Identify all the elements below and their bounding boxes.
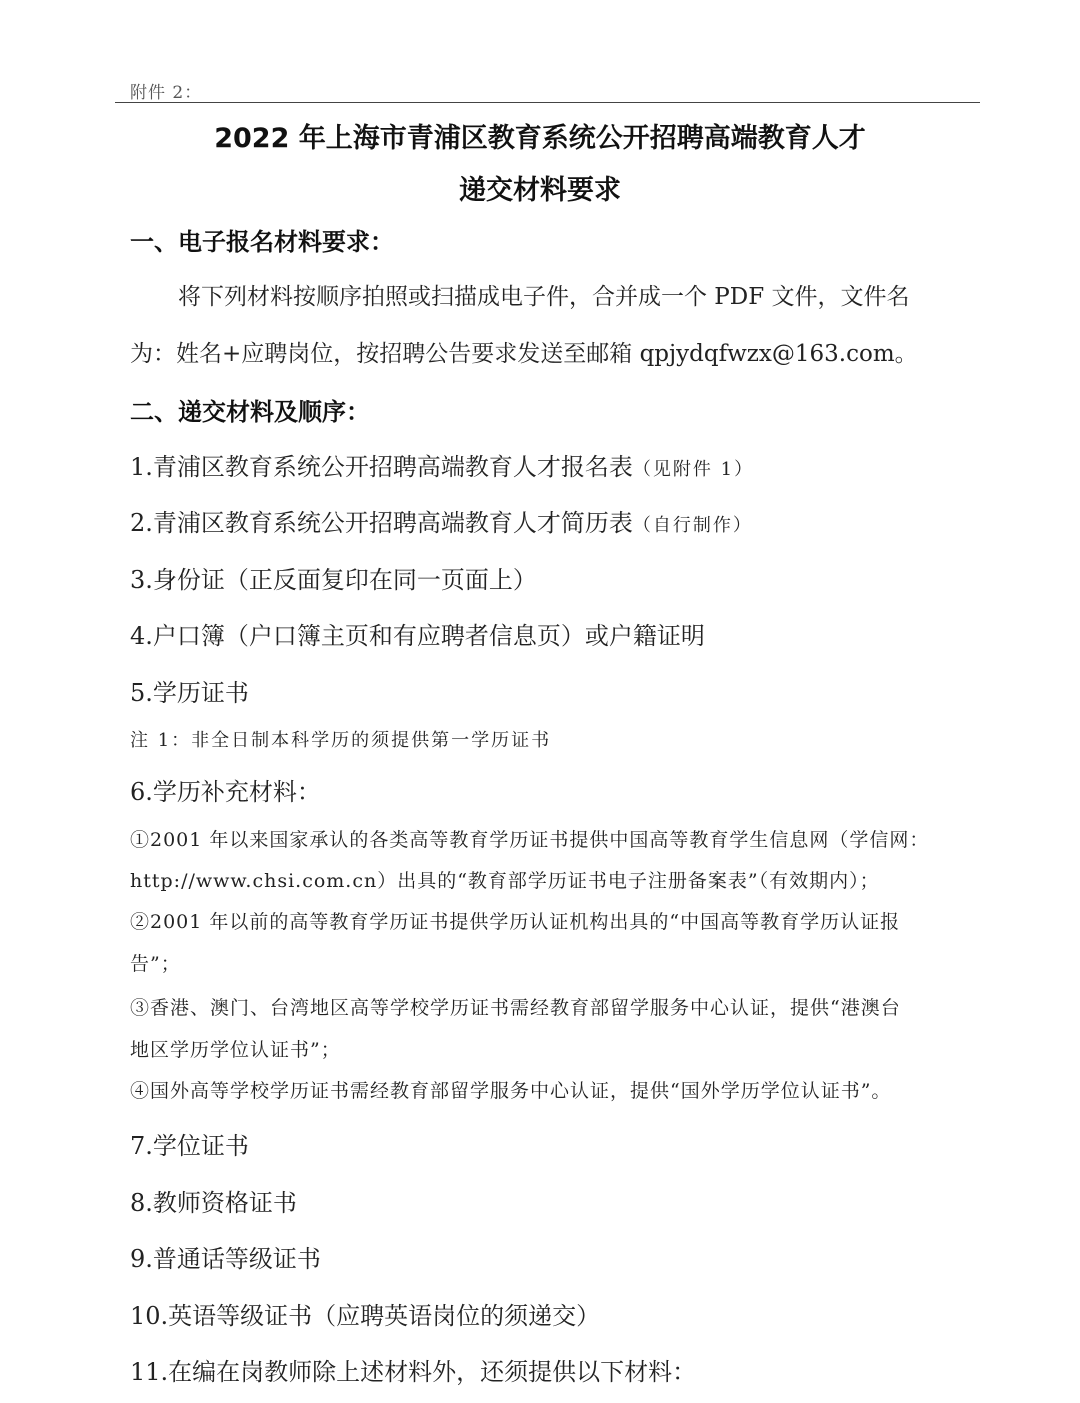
document-page: 附件 2： 2022 年上海市青浦区教育系统公开招聘高端教育人才 递交材料要求 … — [0, 0, 1080, 1403]
section-heading-electronic: 一、电子报名材料要求： — [130, 222, 394, 257]
list-item: 4.户口簿（户口簿主页和有应聘者信息页）或户籍证明 — [130, 616, 705, 651]
list-item-text: 7.学位证书 — [130, 1132, 249, 1160]
supplement-line: ④国外高等学校学历证书需经教育部留学服务中心认证，提供“国外学历学位认证书”。 — [130, 1076, 891, 1103]
list-item-text: 4.户口簿（户口簿主页和有应聘者信息页）或户籍证明 — [130, 622, 705, 650]
supplement-line: ①2001 年以来国家承认的各类高等教育学历证书提供中国高等教育学生信息网（学信… — [130, 825, 929, 852]
list-item: 2.青浦区教育系统公开招聘高端教育人才简历表（自行制作） — [130, 503, 753, 538]
list-item-text: 8.教师资格证书 — [130, 1189, 297, 1217]
list-item-text: 9.普通话等级证书 — [130, 1245, 321, 1273]
list-item-note: （自行制作） — [633, 515, 753, 536]
supplement-line: ③香港、澳门、台湾地区高等学校学历证书需经教育部留学服务中心认证，提供“港澳台 — [130, 993, 901, 1020]
supplement-line: http://www.chsi.com.cn）出具的“教育部学历证书电子注册备案… — [130, 866, 880, 893]
document-title: 2022 年上海市青浦区教育系统公开招聘高端教育人才 — [0, 116, 1080, 155]
supplement-line: ②2001 年以前的高等教育学历证书提供学历认证机构出具的“中国高等教育学历认证… — [130, 907, 900, 934]
list-item-note: （见附件 1） — [633, 459, 754, 480]
paragraph-line: 为：姓名+应聘岗位，按招聘公告要求发送至邮箱 qpjydqfwzx@163.co… — [130, 335, 918, 368]
list-item-text: 3.身份证（正反面复印在同一页面上） — [130, 566, 537, 594]
list-item: 10.英语等级证书（应聘英语岗位的须递交） — [130, 1296, 600, 1331]
list-item: 7.学位证书 — [130, 1126, 249, 1161]
list-item: 6.学历补充材料： — [130, 772, 321, 807]
list-item-text: 11.在编在岗教师除上述材料外，还须提供以下材料： — [130, 1358, 696, 1386]
list-item-text: 2.青浦区教育系统公开招聘高端教育人才简历表 — [130, 509, 633, 537]
footnote: 注 1：非全日制本科学历的须提供第一学历证书 — [130, 726, 551, 752]
supplement-line: 告”； — [130, 949, 181, 976]
paragraph-line: 将下列材料按顺序拍照或扫描成电子件，合并成一个 PDF 文件，文件名 — [178, 278, 910, 311]
document-subtitle: 递交材料要求 — [0, 168, 1080, 207]
list-item: 8.教师资格证书 — [130, 1183, 297, 1218]
header-divider — [115, 102, 980, 103]
list-item: 5.学历证书 — [130, 673, 249, 708]
list-item-text: 6.学历补充材料： — [130, 778, 321, 806]
list-item-text: 5.学历证书 — [130, 679, 249, 707]
supplement-line: 地区学历学位认证书”； — [130, 1035, 341, 1062]
list-item: 9.普通话等级证书 — [130, 1239, 321, 1274]
list-item-text: 10.英语等级证书（应聘英语岗位的须递交） — [130, 1302, 600, 1330]
list-item: 11.在编在岗教师除上述材料外，还须提供以下材料： — [130, 1352, 696, 1387]
list-item: 1.青浦区教育系统公开招聘高端教育人才报名表（见附件 1） — [130, 447, 754, 482]
attachment-label: 附件 2： — [130, 78, 202, 103]
section-heading-materials: 二、递交材料及顺序： — [130, 392, 370, 427]
list-item: 3.身份证（正反面复印在同一页面上） — [130, 560, 537, 595]
list-item-text: 1.青浦区教育系统公开招聘高端教育人才报名表 — [130, 453, 633, 481]
